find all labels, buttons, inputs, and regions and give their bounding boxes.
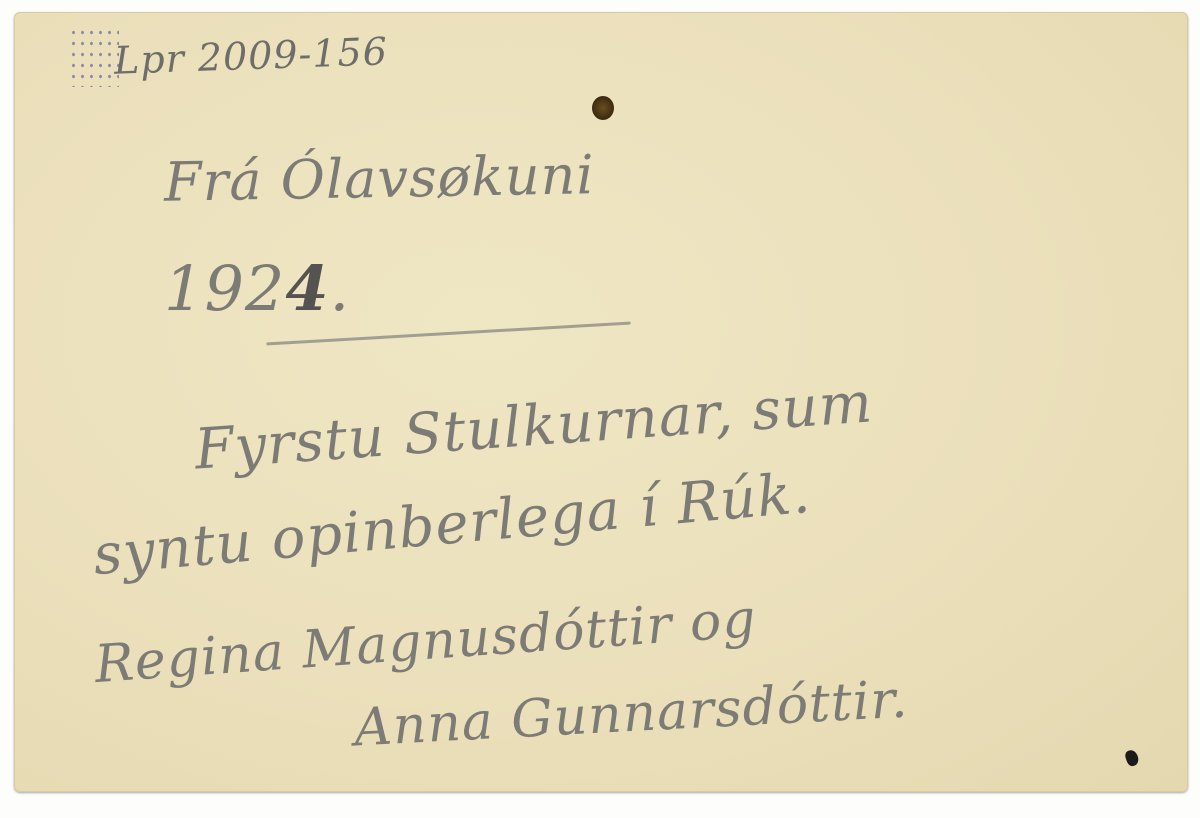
stain-mark xyxy=(592,96,614,120)
text-line-3: Regina Magnusdóttir og xyxy=(93,589,759,695)
year-digit: 4 xyxy=(285,252,329,325)
reference-number: Lpr 2009-156 xyxy=(113,29,388,83)
year-prefix: 192 xyxy=(164,252,285,325)
handwritten-card: Lpr 2009-156 Frá Ólavsøkuni 1924. Fyrstu… xyxy=(14,12,1188,792)
year-suffix: . xyxy=(329,252,350,325)
text-line-4: Anna Gunnarsdóttir. xyxy=(353,670,910,759)
ink-spot xyxy=(1124,748,1141,767)
underline-divider xyxy=(266,321,631,345)
ink-speckles xyxy=(69,27,119,87)
heading-line: Frá Ólavsøkuni xyxy=(163,143,595,214)
year: 1924. xyxy=(164,252,350,325)
